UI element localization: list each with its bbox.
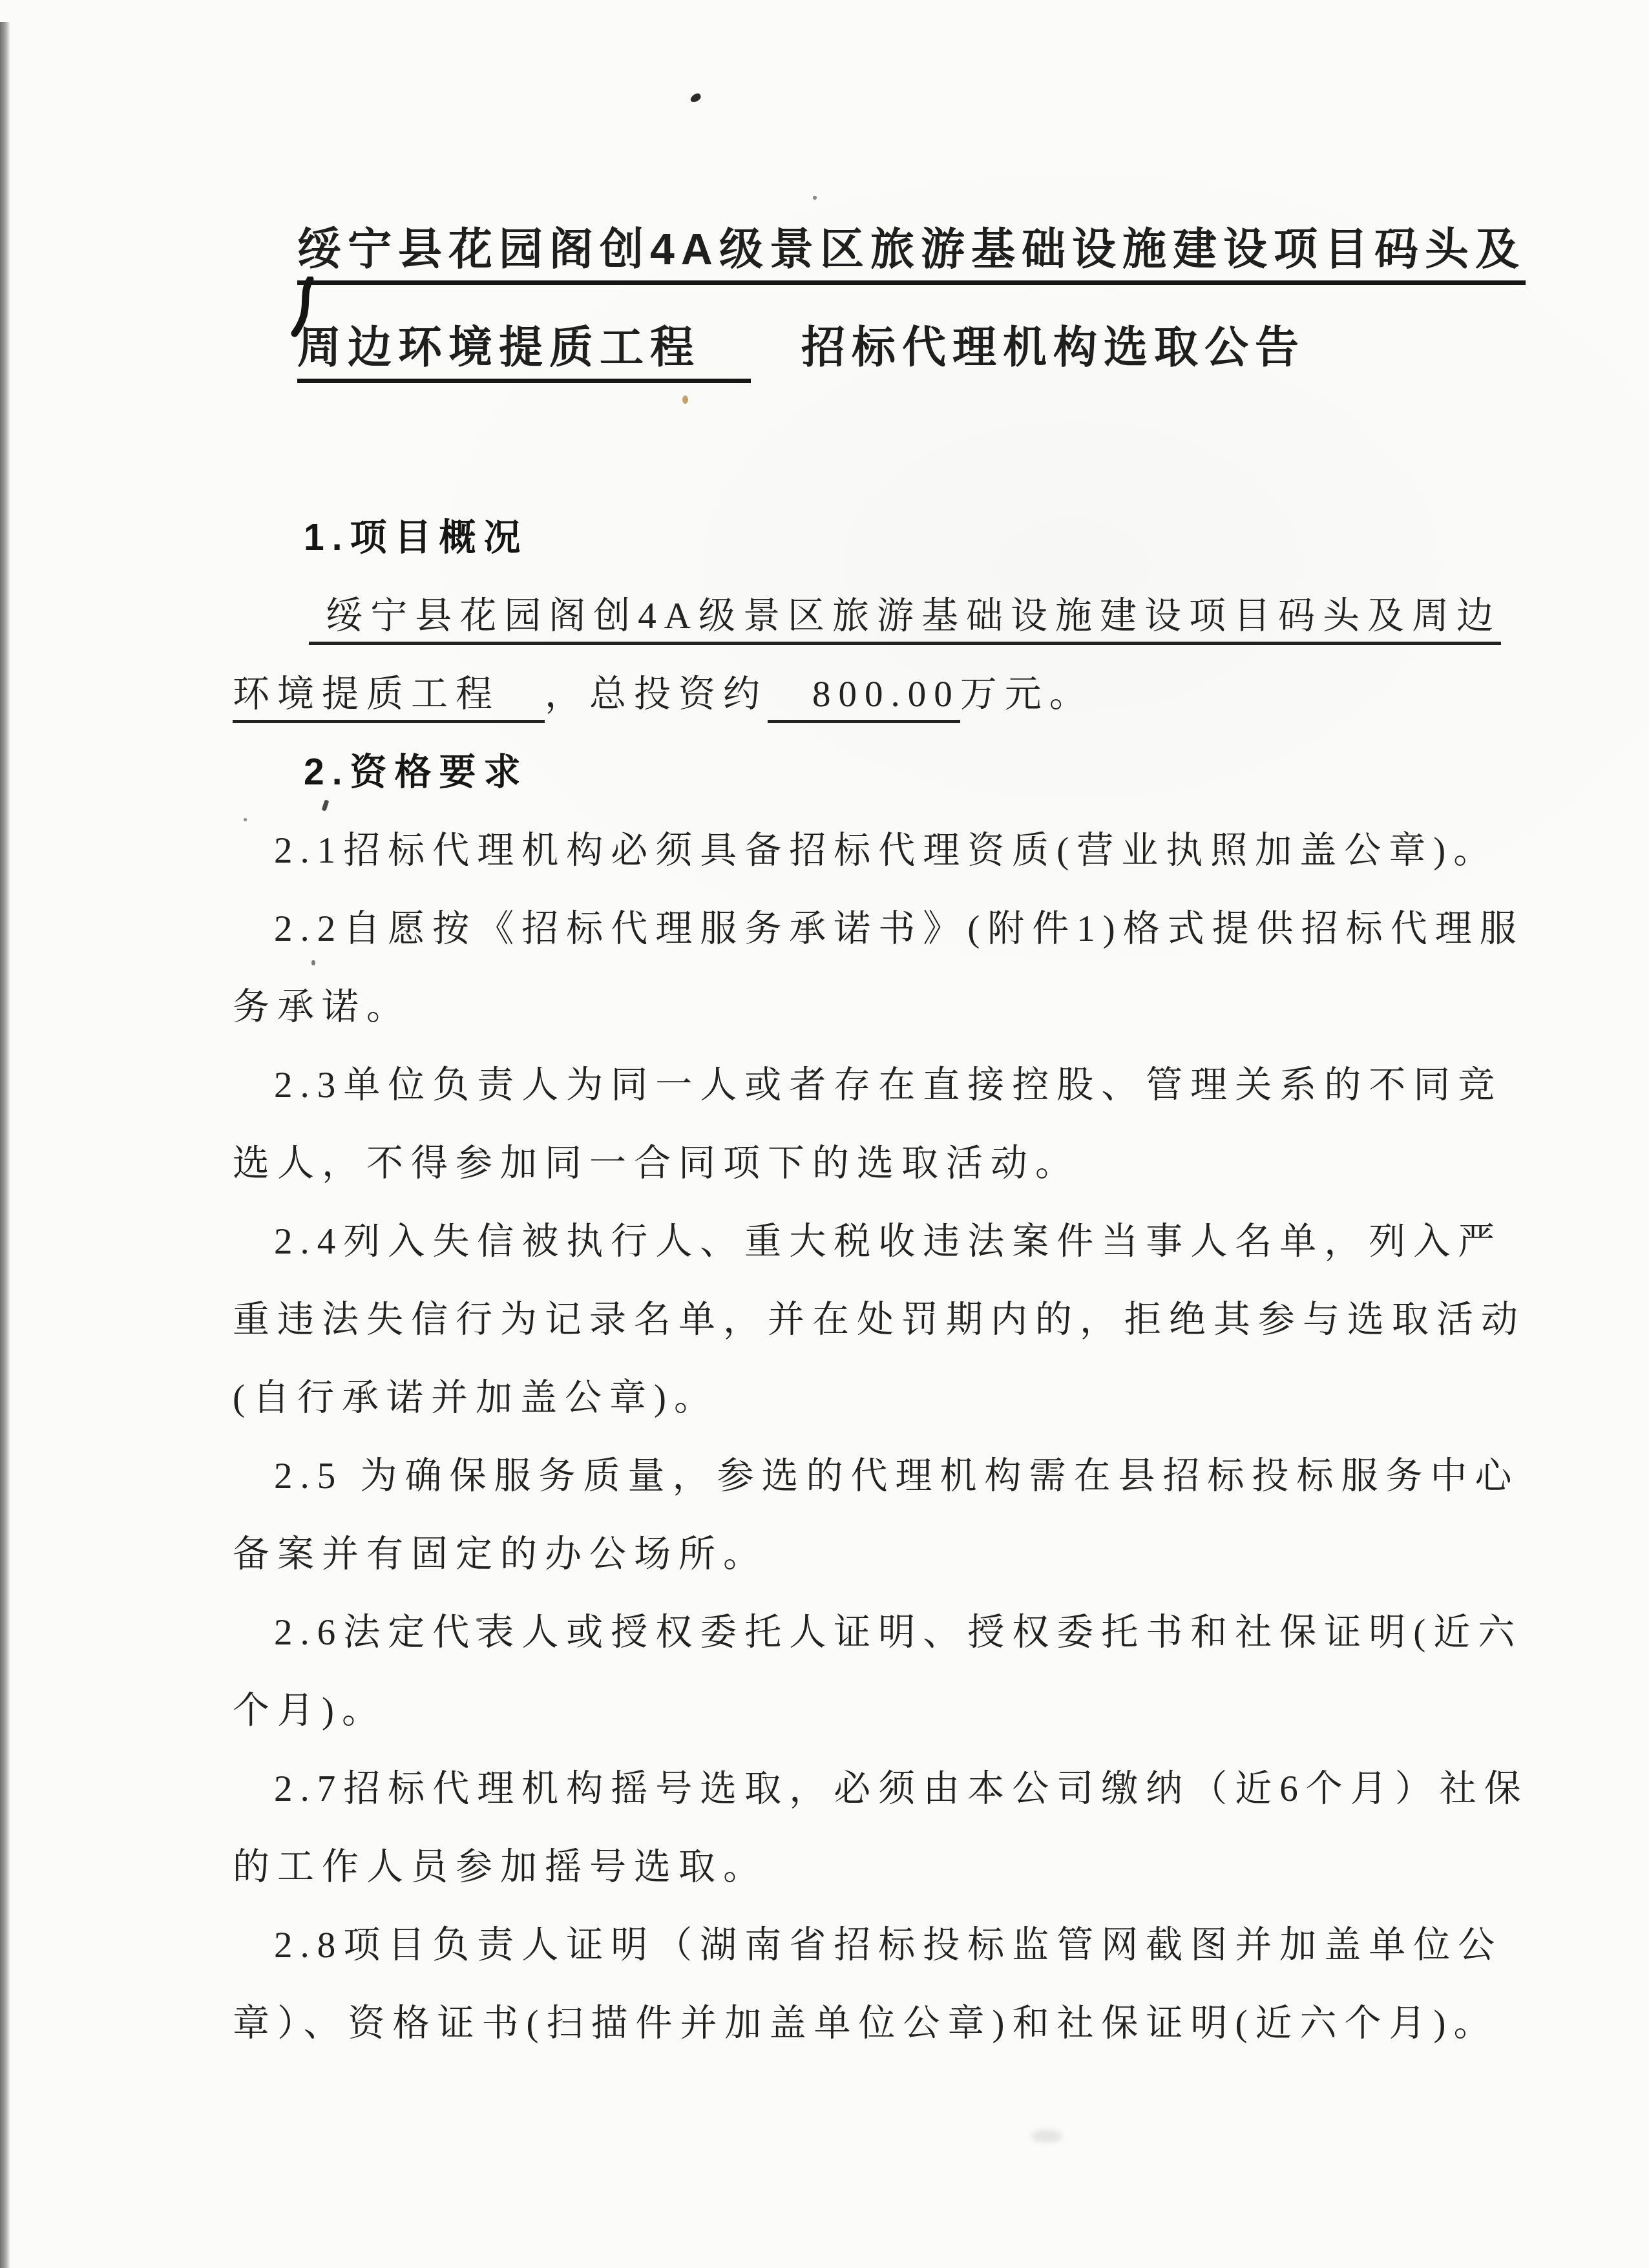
heading-qualification-requirements: 2.资格要求	[233, 733, 1520, 812]
clause-2-8-line-1: 2.8项目负责人证明（湖南省招标投标监管网截图并加盖单位公	[233, 1906, 1520, 1984]
text-segment: 2.8项目负责人证明（湖南省招标投标监管网截图并加盖单位公	[274, 1925, 1502, 1966]
clause-2-3-line-1: 2.3单位负责人为同一人或者存在直接控股、管理关系的不同竞	[233, 1046, 1520, 1124]
text-segment: 环境提质工程	[233, 674, 545, 723]
clause-2-7-line-1: 2.7招标代理机构摇号选取，必须由本公司缴纳（近6个月）社保	[233, 1750, 1520, 1828]
text-segment: 2.资格要求	[304, 751, 529, 793]
text-segment: 招标代理机构选取公告	[801, 323, 1305, 372]
ink-speck	[311, 960, 315, 965]
text-segment: 2.1招标代理机构必须具备招标代理资质(营业执照加盖公章)。	[274, 830, 1498, 871]
clause-2-4-line-2: 重违法失信行为记录名单，并在处罚期内的，拒绝其参与选取活动	[233, 1281, 1520, 1359]
clause-2-1: 2.1招标代理机构必须具备招标代理资质(营业执照加盖公章)。	[233, 812, 1520, 890]
clause-2-5-line-2: 备案并有固定的办公场所。	[233, 1515, 1520, 1593]
text-segment: 选人，不得参加同一合同项下的选取活动。	[233, 1143, 1080, 1184]
text-segment: 2.3单位负责人为同一人或者存在直接控股、管理关系的不同竞	[274, 1065, 1502, 1106]
ink-speck	[244, 818, 247, 821]
text-segment: 2.6法定代表人或授权委托人证明、授权委托书和社保证明(近六	[274, 1612, 1522, 1653]
text-segment: 个月)。	[233, 1690, 386, 1731]
body-lines: 1.项目概况 绥宁县花园阁创4A级景区旅游基础设施建设项目码头及周边环境提质工程…	[233, 499, 1520, 2063]
clause-2-3-line-2: 选人，不得参加同一合同项下的选取活动。	[233, 1124, 1520, 1202]
text-segment: 2.4列入失信被执行人、重大税收违法案件当事人名单，列入严	[274, 1221, 1502, 1262]
text-segment: 绥宁县花园阁创4A级景区旅游基础设施建设项目码头及	[297, 225, 1526, 285]
clause-2-7-line-2: 的工作人员参加摇号选取。	[233, 1828, 1520, 1906]
ink-speck	[813, 196, 817, 200]
text-segment: (自行承诺并加盖公章)。	[233, 1378, 719, 1418]
text-segment: 2.2自愿按《招标代理服务承诺书》(附件1)格式提供招标代理服	[274, 908, 1524, 949]
doc-title-line-1: 绥宁县花园阁创4A级景区旅游基础设施建设项目码头及	[0, 222, 1649, 277]
heading-project-overview: 1.项目概况	[233, 499, 1520, 577]
text-segment: 绥宁县花园阁创4A级景区旅游基础设施建设项目码头及周边	[309, 596, 1501, 645]
text-segment: 章）、资格证书(扫描件并加盖单位公章)和社保证明(近六个月)。	[233, 2003, 1498, 2044]
para-project-name-line-2: 环境提质工程 ，总投资约 800.00万元。	[233, 655, 1520, 733]
smudge-mark	[1031, 2130, 1062, 2143]
clause-2-6-line-1: 2.6法定代表人或授权委托人证明、授权委托书和社保证明(近六	[233, 1593, 1520, 1672]
clause-2-4-line-3: (自行承诺并加盖公章)。	[233, 1359, 1520, 1437]
doc-title-line-2: 周边环境提质工程 招标代理机构选取公告	[0, 320, 1649, 375]
clause-2-8-line-2: 章）、资格证书(扫描件并加盖单位公章)和社保证明(近六个月)。	[233, 1984, 1520, 2063]
clause-2-2-line-2: 务承诺。	[233, 968, 1520, 1046]
text-segment: 万元。	[960, 674, 1094, 715]
scanned-document-page: 绥宁县花园阁创4A级景区旅游基础设施建设项目码头及 周边环境提质工程 招标代理机…	[0, 0, 1649, 2268]
para-project-name-line-1: 绥宁县花园阁创4A级景区旅游基础设施建设项目码头及周边	[233, 577, 1520, 655]
text-segment: ，总投资约	[545, 674, 768, 715]
text-segment	[751, 323, 801, 372]
text-segment: 的工作人员参加摇号选取。	[233, 1847, 768, 1887]
text-segment: 备案并有固定的办公场所。	[233, 1534, 768, 1575]
clause-2-5-line-1: 2.5 为确保服务质量，参选的代理机构需在县招标投标服务中心	[233, 1437, 1520, 1515]
ink-speck	[682, 395, 688, 404]
clause-2-4-line-1: 2.4列入失信被执行人、重大税收违法案件当事人名单，列入严	[233, 1202, 1520, 1281]
clause-2-6-line-2: 个月)。	[233, 1672, 1520, 1750]
text-segment: 务承诺。	[233, 987, 411, 1027]
text-segment: 1.项目概况	[304, 517, 529, 558]
text-segment: 800.00	[768, 674, 960, 723]
ink-speck	[689, 92, 702, 104]
pen-stroke-mark	[287, 277, 326, 338]
text-segment: 2.7招标代理机构摇号选取，必须由本公司缴纳（近6个月）社保	[274, 1769, 1529, 1809]
text-segment: 重违法失信行为记录名单，并在处罚期内的，拒绝其参与选取活动	[233, 1299, 1526, 1340]
text-segment: 周边环境提质工程	[297, 323, 751, 383]
clause-2-2-line-1: 2.2自愿按《招标代理服务承诺书》(附件1)格式提供招标代理服	[233, 890, 1520, 968]
text-segment: 2.5 为确保服务质量，参选的代理机构需在县招标投标服务中心	[274, 1456, 1520, 1496]
